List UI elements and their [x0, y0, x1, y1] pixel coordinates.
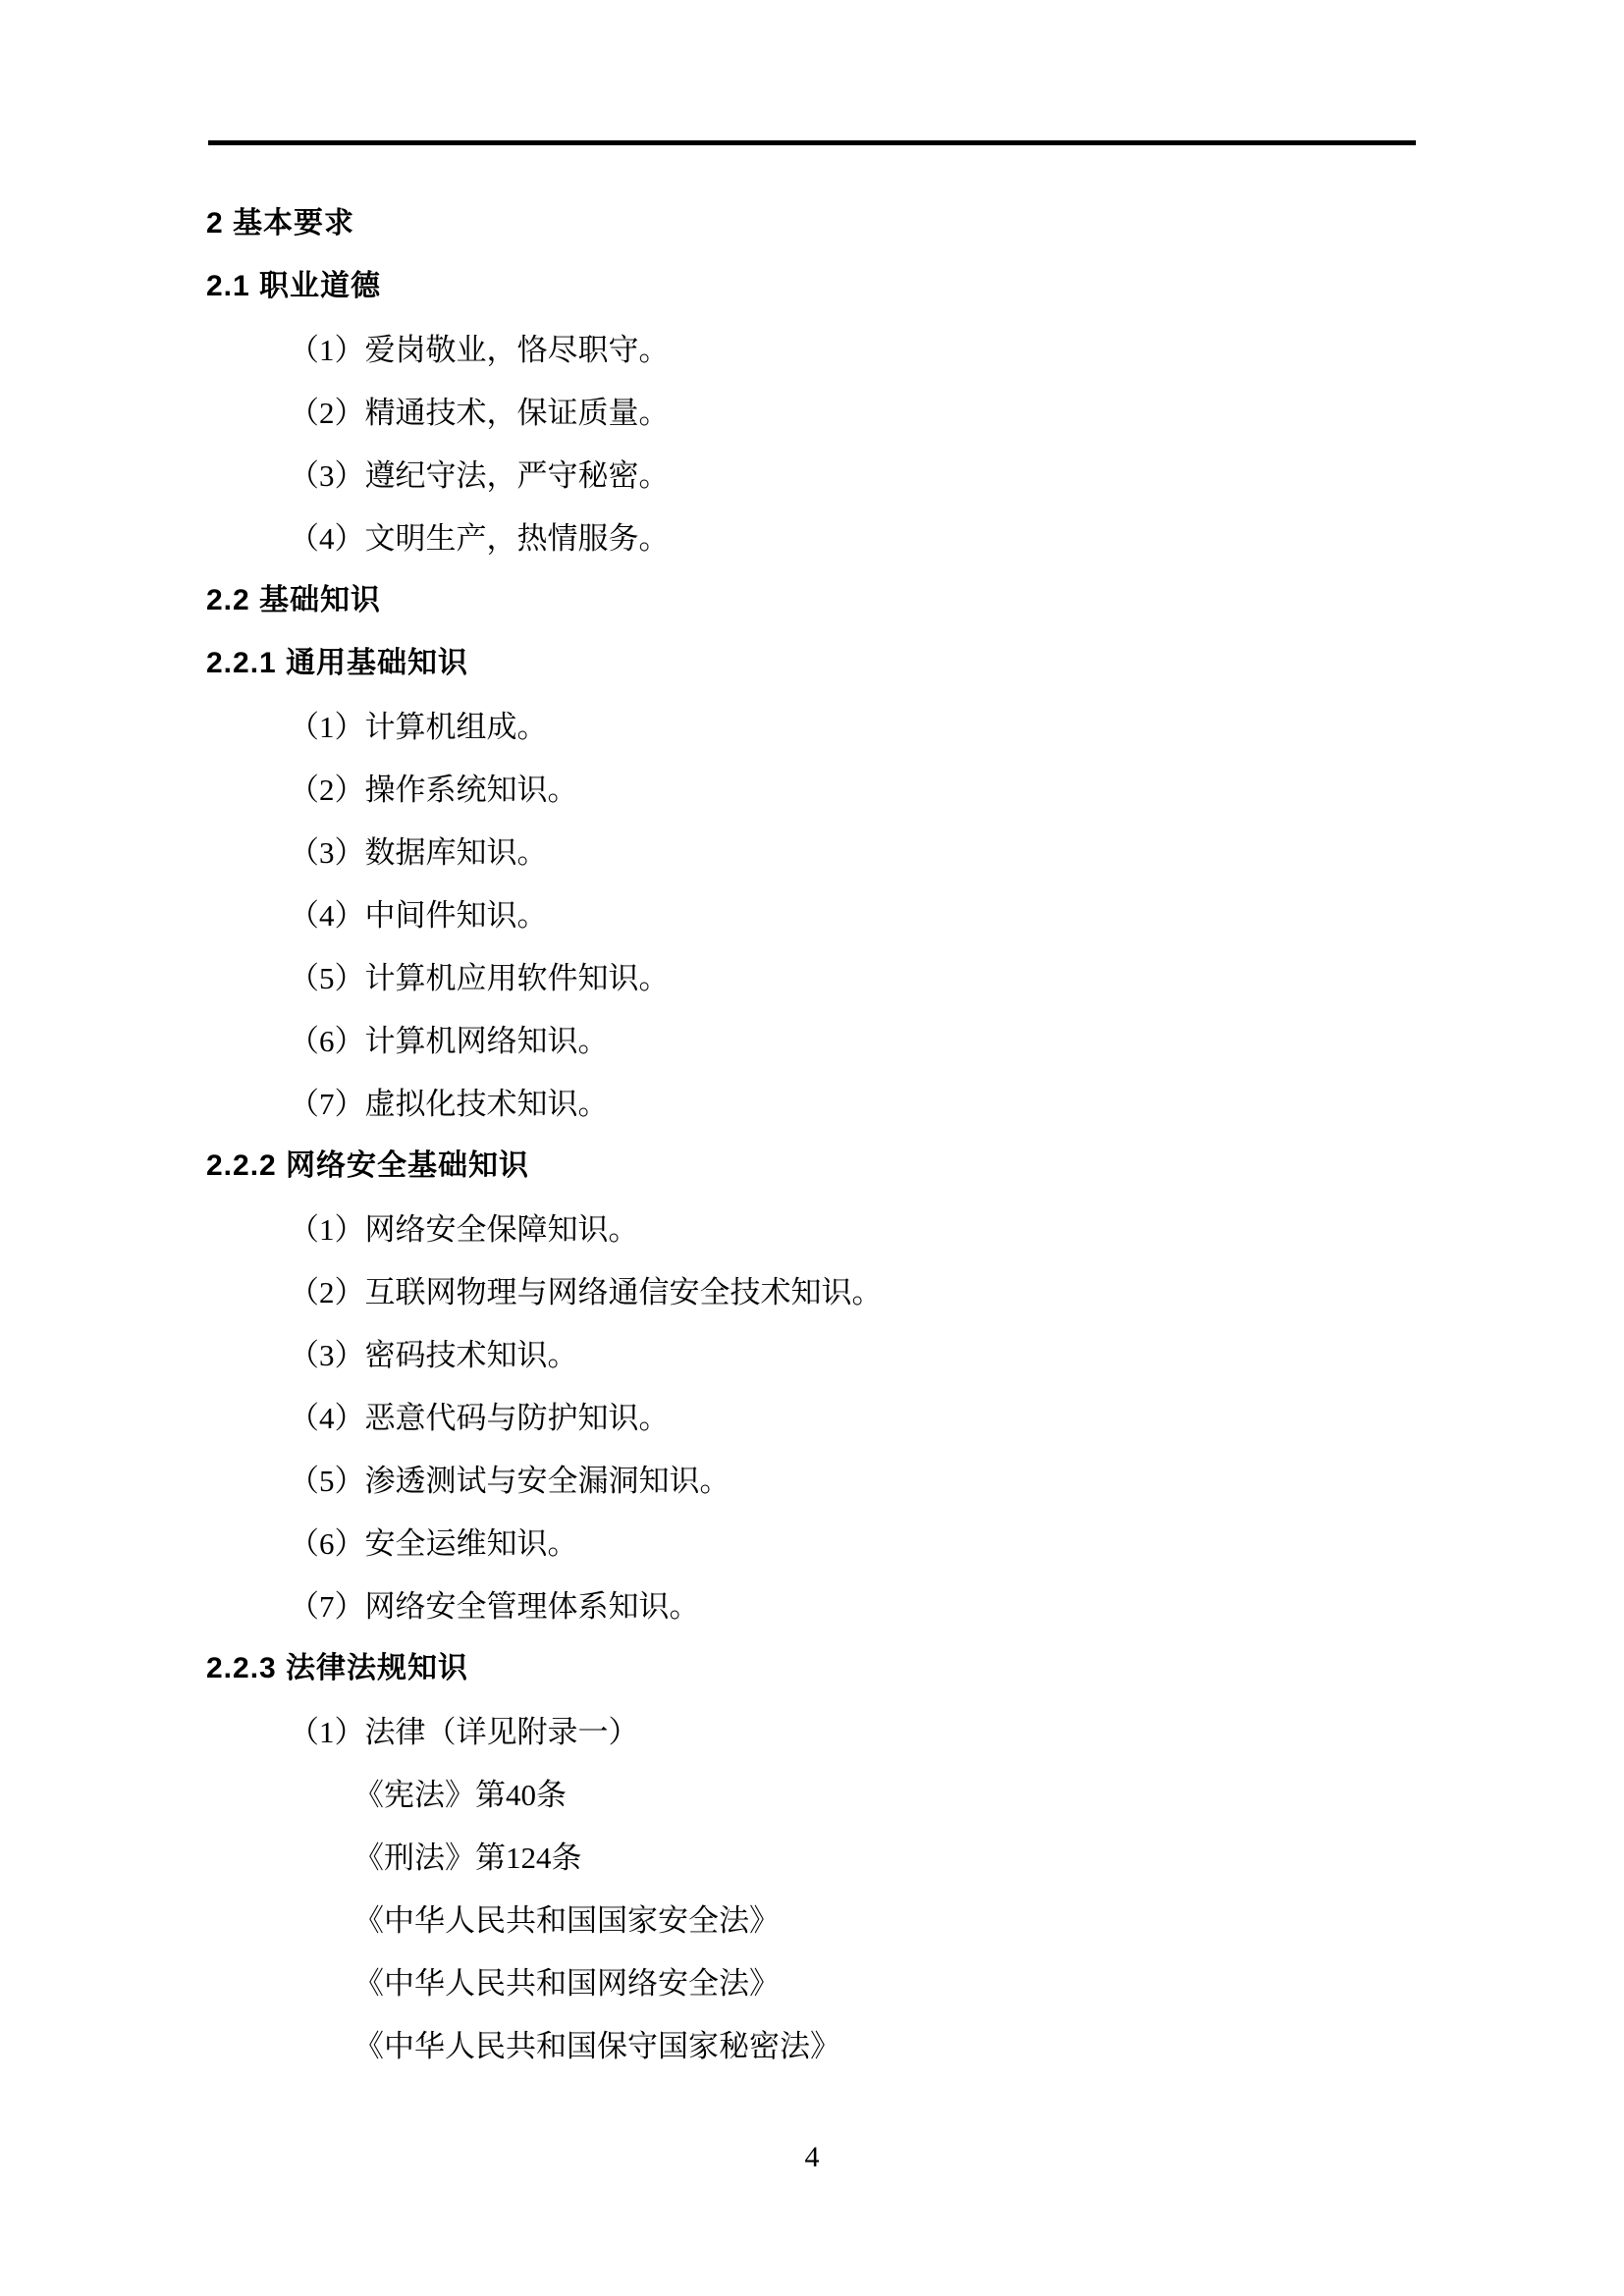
list-item: （3）遵纪守法，严守秘密。	[206, 444, 1424, 507]
list-item: （2）操作系统知识。	[206, 758, 1424, 821]
list-item: （1）法律（详见附录一）	[206, 1700, 1424, 1763]
page-number: 4	[0, 2128, 1624, 2187]
list-item: （7）网络安全管理体系知识。	[206, 1575, 1424, 1637]
list-item: （4）恶意代码与防护知识。	[206, 1386, 1424, 1449]
list-item: （1）网络安全保障知识。	[206, 1198, 1424, 1260]
section-heading-2-2-3: 2.2.3 法律法规知识	[206, 1637, 1424, 1700]
list-item: （3）数据库知识。	[206, 821, 1424, 883]
list-item: （6）计算机网络知识。	[206, 1009, 1424, 1072]
section-heading-2-2-2: 2.2.2 网络安全基础知识	[206, 1135, 1424, 1198]
section-heading-2-2-1: 2.2.1 通用基础知识	[206, 632, 1424, 695]
list-item: （2）精通技术，保证质量。	[206, 381, 1424, 444]
header-rule	[208, 140, 1416, 145]
document-body: 2 基本要求 2.1 职业道德 （1）爱岗敬业，恪尽职守。 （2）精通技术，保证…	[206, 192, 1424, 2077]
section-heading-2-2: 2.2 基础知识	[206, 569, 1424, 632]
list-item: （7）虚拟化技术知识。	[206, 1072, 1424, 1135]
section-heading-2: 2 基本要求	[206, 192, 1424, 255]
list-item: （1）计算机组成。	[206, 695, 1424, 758]
law-title: 《宪法》第40条	[206, 1763, 1424, 1826]
list-item: （3）密码技术知识。	[206, 1323, 1424, 1386]
list-item: （2）互联网物理与网络通信安全技术知识。	[206, 1260, 1424, 1323]
list-item: （5）渗透测试与安全漏洞知识。	[206, 1449, 1424, 1512]
law-title: 《中华人民共和国网络安全法》	[206, 1951, 1424, 2014]
list-item: （6）安全运维知识。	[206, 1512, 1424, 1575]
list-item: （1）爱岗敬业，恪尽职守。	[206, 318, 1424, 381]
section-heading-2-1: 2.1 职业道德	[206, 255, 1424, 318]
law-title: 《中华人民共和国国家安全法》	[206, 1889, 1424, 1951]
law-title: 《中华人民共和国保守国家秘密法》	[206, 2014, 1424, 2077]
list-item: （4）中间件知识。	[206, 883, 1424, 946]
document-page: 2 基本要求 2.1 职业道德 （1）爱岗敬业，恪尽职守。 （2）精通技术，保证…	[0, 0, 1624, 2296]
list-item: （4）文明生产，热情服务。	[206, 507, 1424, 569]
list-item: （5）计算机应用软件知识。	[206, 946, 1424, 1009]
law-title: 《刑法》第124条	[206, 1826, 1424, 1889]
